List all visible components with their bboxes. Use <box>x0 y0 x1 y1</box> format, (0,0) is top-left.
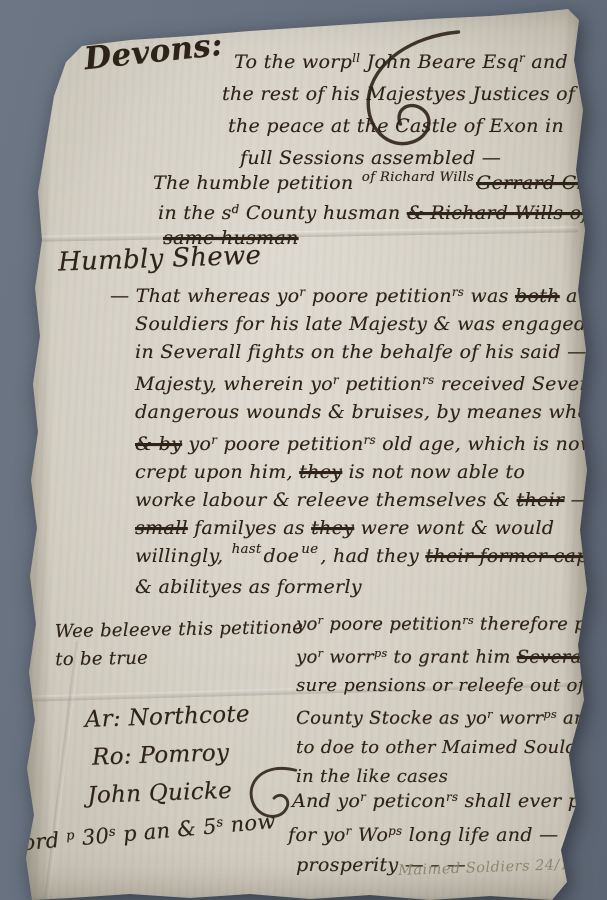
text-segment: Wo <box>352 824 389 846</box>
body-line: — That whereas yor poore petitionrs was … <box>110 278 607 310</box>
text-segment: To the worp <box>234 51 352 73</box>
prayer-line: yor poore petitionrs therefore pray — <box>296 606 607 639</box>
text-segment: rs <box>446 790 458 804</box>
text-segment: was <box>464 285 515 307</box>
text-segment: doe <box>264 545 300 567</box>
text-segment: full Sessions assembled — <box>240 147 501 169</box>
signature: Ro: Pomroy <box>91 733 251 777</box>
text-segment: peticon <box>366 790 446 812</box>
struck-text: their former capacityes <box>425 545 607 567</box>
address-block: To the worpll John Beare Esqr and the re… <box>222 42 575 174</box>
text-segment: — That whereas yo <box>110 285 299 307</box>
petition-title-line: The humble petition of Richard WillsGerr… <box>153 172 607 194</box>
text-segment: old age, which is now <box>376 433 596 455</box>
body-line: willingly, hastdoeue, had they their for… <box>135 542 607 573</box>
attestation-line: Wee beleeve this petitione <box>55 614 304 646</box>
text-segment: the rest of his Majestyes Justices of <box>222 83 575 105</box>
body-line: in Severall fights on the behalfe of his… <box>135 338 607 366</box>
body-line: dangerous wounds & bruises, by meanes wh… <box>135 398 607 426</box>
text-segment: familyes as <box>188 517 311 539</box>
text-segment: in Severall fights on the behalfe of his… <box>135 341 586 363</box>
address-line: the rest of his Majestyes Justices of <box>222 78 575 110</box>
prayer-line: sure pensions or releefe out of the <box>296 671 607 700</box>
body-line: & abilityes as formerly <box>135 573 607 601</box>
body-line: & by yor poore petitionrs old age, which… <box>135 426 607 458</box>
petition-title-line: in the sd County husman & Richard Wills … <box>158 202 607 224</box>
struck-text: Gerrard Clafton <box>476 172 607 194</box>
text-segment: are wont <box>557 708 607 729</box>
text-segment: to grant him <box>387 646 516 667</box>
struck-text: small <box>135 517 188 539</box>
text-segment: rs <box>462 614 474 627</box>
text-segment: were wont & would <box>354 517 554 539</box>
text-segment: the peace at the Castle of Exon in <box>228 115 564 137</box>
struck-text: Severall <box>517 646 594 667</box>
body-line: crept upon him, they is not now able to <box>135 458 607 486</box>
text-segment: now <box>223 809 277 837</box>
text-segment: sure pensions or releefe out of the <box>296 675 607 696</box>
county-heading: Devons: <box>82 27 224 77</box>
text-segment: received Severall <box>434 373 607 395</box>
signature: John Quicke <box>87 771 253 815</box>
text-segment: rs <box>364 433 376 447</box>
signature: Ar: Northcote <box>84 695 250 739</box>
text-segment: willingly, <box>135 545 230 567</box>
text-segment: County Stocke as yo <box>296 708 487 729</box>
prayer-line: to doe to other Maimed Souldiers <box>296 733 607 762</box>
text-segment: d <box>232 202 240 216</box>
clerk-order-note: ord p 30s p an & 5s now <box>21 809 276 855</box>
salutation: Humbly Shewe <box>58 240 262 277</box>
text-segment: p an & 5 <box>115 814 218 847</box>
text-segment: 30 <box>74 824 110 851</box>
text-segment: poore petition <box>323 614 462 635</box>
prayer-line: County Stocke as yor worrps are wont <box>296 700 607 733</box>
text-segment: is not now able to <box>342 461 525 483</box>
closing-line: And yor peticonrs shall ever pray <box>292 782 607 816</box>
body-line: Majesty, wherein yor petitionrs received… <box>135 366 607 398</box>
text-segment: rs <box>422 373 434 387</box>
body-line: worke labour & releeve themselves & thei… <box>135 486 607 514</box>
struck-text: both <box>515 285 560 307</box>
struck-text: & Richard Wills of the <box>407 202 607 224</box>
text-segment: poore petition <box>217 433 363 455</box>
paper-shadow: Devons: To the worpll John Beare Esqr an… <box>0 0 607 900</box>
text-segment: in the s <box>158 202 232 224</box>
address-line: To the worpll John Beare Esqr and <box>234 42 575 78</box>
text-segment: to doe to other Maimed Souldiers <box>296 737 607 758</box>
text-segment: ll <box>352 51 360 65</box>
struck-text: & by <box>135 433 182 455</box>
text-segment: a <box>560 285 578 307</box>
body-line: Souldiers for his late Majesty & was eng… <box>135 310 607 338</box>
inserted-text: ue <box>301 536 318 564</box>
prayer-line: yor worrps to grant him Severall <box>296 639 607 672</box>
text-segment: And yo <box>292 790 360 812</box>
inserted-text: of Richard Wills <box>362 170 474 185</box>
text-segment: petition <box>339 373 422 395</box>
text-segment: shall ever pray <box>458 790 607 812</box>
text-segment: for yo <box>288 824 346 846</box>
text-segment: ps <box>388 824 402 838</box>
text-segment: & abilityes as formerly <box>135 576 362 598</box>
attestation-block: Wee beleeve this petitione to be true <box>55 614 304 674</box>
petition-body: — That whereas yor poore petitionrs was … <box>110 278 607 601</box>
inserted-text: hast <box>232 536 262 564</box>
struck-text: they <box>299 461 342 483</box>
text-segment: yo <box>296 614 318 635</box>
text-segment: ps <box>374 647 387 660</box>
text-segment: dangerous wounds & bruises, by meanes wh… <box>135 401 607 423</box>
document-photo: Devons: To the worpll John Beare Esqr an… <box>0 0 607 900</box>
struck-text: their <box>517 489 565 511</box>
text-segment: long life and — <box>402 824 558 846</box>
text-segment: worke labour & releeve themselves & <box>135 489 517 511</box>
text-segment: therefore pray — <box>474 614 607 635</box>
signature-block: Ar: Northcote Ro: Pomroy John Quicke <box>84 695 253 815</box>
text-segment: crept upon him, <box>135 461 299 483</box>
edge-shading <box>24 44 52 900</box>
text-segment: The humble petition <box>153 172 360 194</box>
text-segment: rs <box>452 285 464 299</box>
prayer-block: yor poore petitionrs therefore pray — yo… <box>296 606 607 791</box>
text-segment: worr <box>323 646 374 667</box>
text-segment: Majesty, wherein yo <box>135 373 333 395</box>
manuscript-paper: Devons: To the worpll John Beare Esqr an… <box>0 0 607 900</box>
text-segment: Souldiers for his late Majesty & was eng… <box>135 313 586 335</box>
text-segment: yo <box>182 433 211 455</box>
text-segment: worr <box>493 708 544 729</box>
closing-line: for yor Wops long life and — <box>288 816 607 850</box>
text-segment: yo <box>296 646 318 667</box>
text-segment: County husman <box>240 202 407 224</box>
text-segment: ord <box>21 827 67 855</box>
attestation-line: to be true <box>55 642 304 674</box>
struck-text: they <box>311 517 354 539</box>
body-line: small familyes as they were wont & would <box>135 514 607 542</box>
text-segment: — <box>564 489 590 511</box>
address-line: the peace at the Castle of Exon in <box>228 110 575 142</box>
text-segment: and <box>525 51 568 73</box>
fold-crease <box>34 226 578 241</box>
text-segment: poore petition <box>305 285 451 307</box>
text-segment: , had they <box>320 545 425 567</box>
text-segment: ps <box>543 708 556 721</box>
text-segment: John Beare Esq <box>360 51 519 73</box>
